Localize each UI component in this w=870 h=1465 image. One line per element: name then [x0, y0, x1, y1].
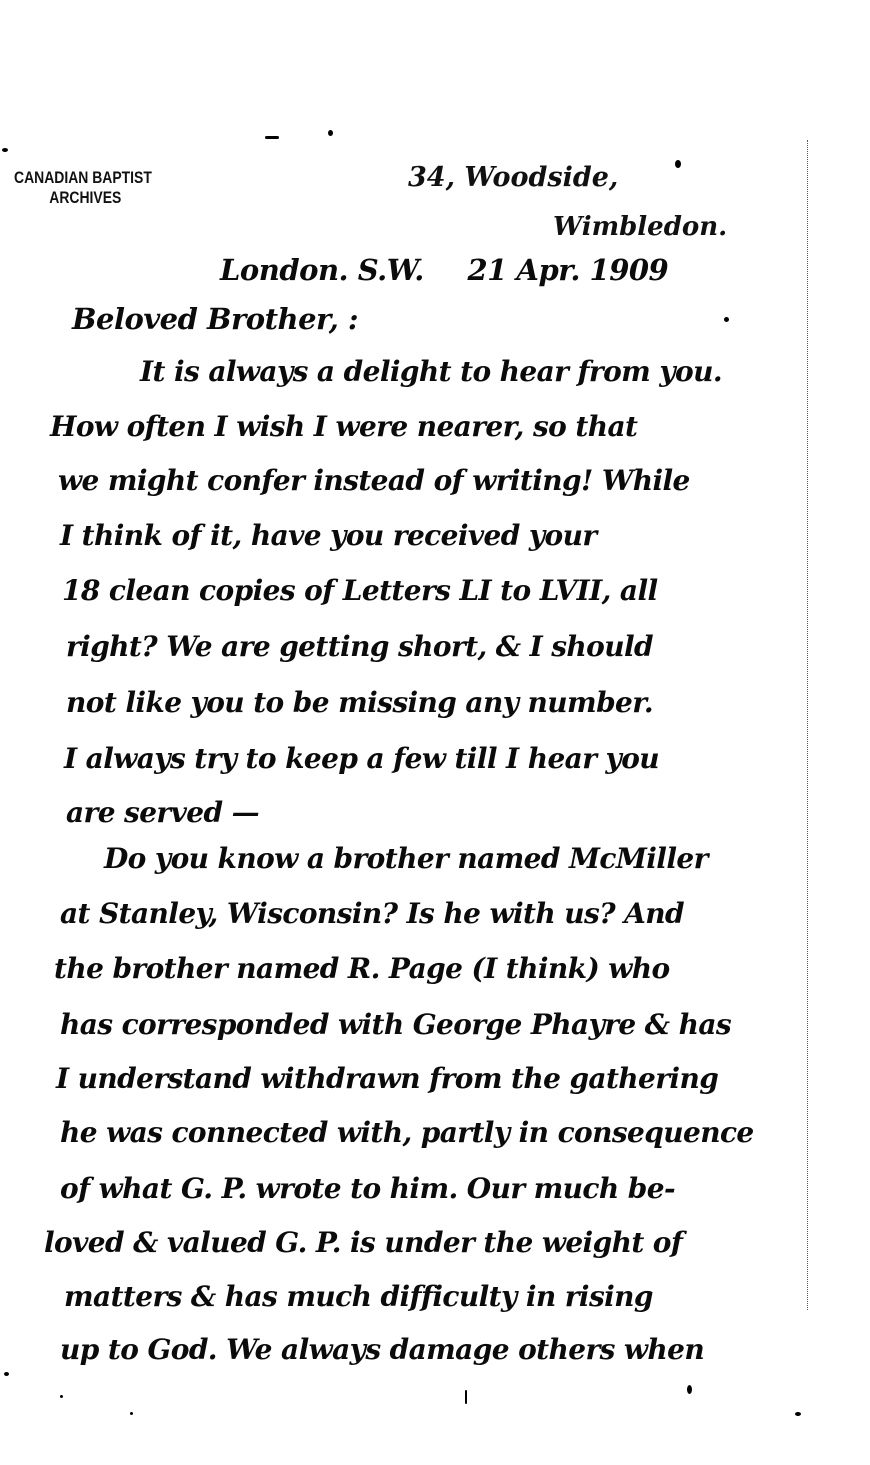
scan-speck — [795, 1412, 801, 1416]
letterhead-address-line1: 34, Woodside, — [408, 162, 618, 193]
body-line: matters & has much difficulty in rising — [64, 1280, 653, 1313]
body-line: we might confer instead of writing! Whil… — [58, 464, 690, 497]
body-line: of what G. P. wrote to him. Our much be- — [60, 1172, 675, 1205]
archive-stamp: CANADIAN BAPTIST ARCHIVES — [14, 168, 152, 208]
body-line: not like you to be missing any number. — [66, 686, 653, 719]
scan-speck — [2, 148, 8, 152]
body-line: I always try to keep a few till I hear y… — [64, 742, 659, 775]
body-line: has corresponded with George Phayre & ha… — [60, 1008, 731, 1041]
letter-page: CANADIAN BAPTIST ARCHIVES 34, Woodside, … — [0, 0, 870, 1465]
body-line: I understand withdrawn from the gatherin… — [56, 1062, 718, 1095]
body-line: How often I wish I were nearer, so that — [50, 410, 637, 443]
body-line: loved & valued G. P. is under the weight… — [44, 1226, 682, 1259]
body-line: I think of it, have you received your — [60, 519, 597, 552]
scan-speck — [465, 1390, 467, 1404]
place-and-date: London. S.W. 21 Apr. 1909 — [220, 253, 668, 287]
letter-date: 21 Apr. 1909 — [467, 253, 668, 287]
body-line: 18 clean copies of Letters LI to LVII, a… — [62, 574, 658, 607]
letter-place: London. S.W. — [220, 253, 424, 287]
scan-speck — [724, 317, 729, 322]
page-edge-line — [807, 140, 808, 1310]
salutation: Beloved Brother, : — [72, 302, 358, 336]
body-line: are served — — [66, 796, 259, 829]
scan-speck — [4, 1372, 9, 1376]
body-line: the brother named R. Page (I think) who — [54, 952, 670, 985]
body-line: up to God. We always damage others when — [60, 1333, 704, 1366]
body-line: right? We are getting short, & I should — [66, 630, 653, 663]
scan-speck — [687, 1385, 692, 1394]
archive-stamp-line1: CANADIAN BAPTIST — [14, 168, 152, 187]
scan-speck — [265, 136, 279, 139]
scan-speck — [328, 130, 333, 136]
scan-speck — [130, 1412, 133, 1415]
scan-speck — [675, 160, 681, 168]
body-line: at Stanley, Wisconsin? Is he with us? An… — [60, 897, 684, 930]
body-line: he was connected with, partly in consequ… — [60, 1116, 754, 1149]
letterhead-address-line2: Wimbledon. — [553, 212, 727, 242]
body-line: It is always a delight to hear from you. — [140, 355, 722, 388]
archive-stamp-line2: ARCHIVES — [14, 188, 152, 208]
body-line: Do you know a brother named McMiller — [104, 842, 708, 875]
scan-speck — [60, 1395, 63, 1398]
